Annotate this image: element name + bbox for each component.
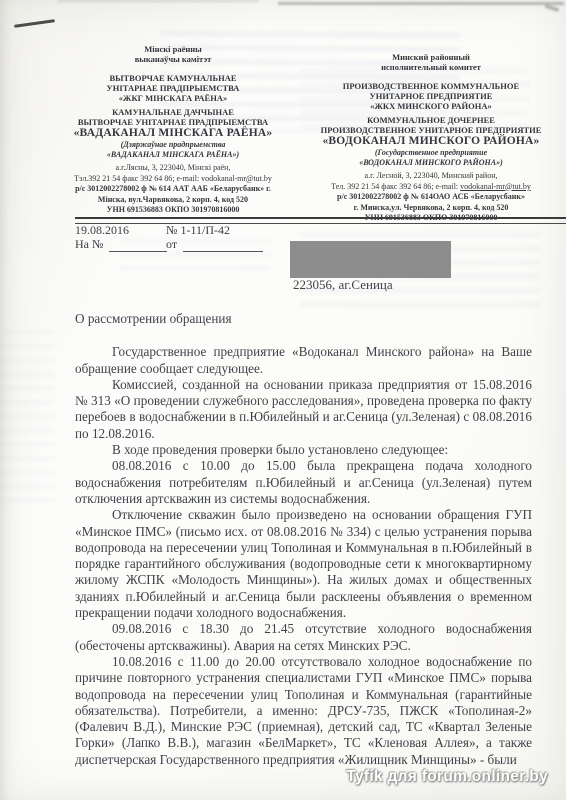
org-name: «ВОДОКАНАЛ МИНСКОГО РАЙОНА» [300,135,562,148]
scan-artifact [278,2,564,5]
scan-artifact [58,0,258,2]
letter-paragraph: 09.08.2016 с 18.30 до 21.45 отсутствие х… [75,621,532,654]
org-bank-details: р/с 3012002278002 ф № 614ОАО АСБ «Белару… [300,192,562,203]
ref-na-blank [109,240,167,252]
committee-name: Мінскі раённы [48,44,298,54]
committee-name: Минский районный [300,52,562,62]
org-contacts: Тел. 392 21 54 факс 392 64 86; e-mail: v… [300,182,562,193]
org-type: КАМУНАЛЬНАЕ ДАЧЧЫНАЕ [48,107,298,117]
parent-org-name: УНИТАРНОЕ ПРЕДПРИЯТИЕ [300,91,562,101]
letter-body: О рассмотрении обращения Государственное… [75,311,532,768]
parent-org-name: «ЖКХ МИНСКОГО РАЙОНА» [300,101,562,111]
doc-number: № 1-11/П-42 [166,223,230,238]
org-address: а.г. Лесной, 3, 223040, Минский район, [300,171,562,182]
parent-org-name: ПРОИЗВОДСТВЕННОЕ КОММУНАЛЬНОЕ [300,81,562,91]
org-type: ВЫТВОРЧАЕ УНІТАРНАЕ ПРАДПРЫЕМСТВА [48,117,298,127]
org-bank-details: Мінска, вул.Чарвякова, 2 корп. 4, код 52… [48,195,298,206]
letterhead-left: Мінскі раённы выканаўчы камітэт ВЫТВОРЧА… [48,44,298,216]
ref-na-line: На № [75,237,167,252]
org-alt-name: «ВОДОКАНАЛ МИНСКОГО РАЙОНА») [300,158,562,168]
letterhead-right: Минский районный исполнительный комитет … [300,52,562,224]
letter-paragraph: В ходе проведения проверки было установл… [75,442,532,458]
letter-paragraph: 08.08.2016 с 10.00 до 15.00 была прекращ… [75,458,532,507]
committee-name: выканаўчы камітэт [48,54,298,64]
letterhead-divider [75,217,566,224]
ref-ot-label: от [166,237,177,251]
org-bank-details: г. Минска,ул. Червякова, 2 корп. 4, код … [300,203,562,214]
org-address: а.г.Лясны, 3, 223040, Мінскі раён, [48,163,298,174]
org-contacts-text: Тел. 392 21 54 факс 392 64 86; e-mail: [331,182,460,191]
recipient-address: 223056, аг.Сеница [293,277,393,293]
org-bank-details: р/с 3012002278002 ф № 614 ААТ ААБ «Белар… [48,184,298,195]
org-contacts: Тэл.392 21 54 факс 392 64 86; e-mail: vo… [48,174,298,185]
document-page: Мінскі раённы выканаўчы камітэт ВЫТВОРЧА… [0,0,566,800]
letter-paragraph: Государственное предприятие «Водоканал М… [75,344,532,377]
org-alt-name: (Дзяржаўнае прадпрыемства [48,140,298,150]
parent-org-name: УНІТАРНАЕ ПРАДПРЫЕМСТВА [48,83,298,93]
letter-paragraph: Отключение скважин было произведено на о… [75,507,532,621]
org-alt-name: (Государственное предприятие [300,148,562,158]
letter-subject: О рассмотрении обращения [75,311,532,327]
parent-org-name: ВЫТВОРЧАЕ КАМУНАЛЬНАЕ [48,73,298,83]
pen-mark [14,19,55,28]
ref-ot-line: от [166,237,263,252]
letter-paragraph: Комиссией, созданной на основании приказ… [75,377,532,442]
org-type: КОММУНАЛЬНОЕ ДОЧЕРНЕЕ [300,115,562,125]
parent-org-name: «ЖКГ МІНСКАГА РАЁНА» [48,93,298,103]
org-type: ПРОИЗВОДСТВЕННОЕ УНИТАРНОЕ ПРЕДПРИЯТИЕ [300,125,562,135]
redaction-box [290,241,451,278]
scan-artifact [545,4,560,12]
committee-name: исполнительный комитет [300,62,562,72]
doc-date: 19.08.2016 [75,223,129,238]
org-alt-name: «ВАДАКАНАЛ МІНСКАГА РАЁНА») [48,150,298,160]
ref-na-label: На № [75,237,103,251]
watermark: Tyfik для forum.onliner.by [346,768,548,786]
org-name: «ВАДАКАНАЛ МІНСКАГА РАЁНА» [48,127,298,140]
bleed-through-artifact [0,330,55,510]
email-link: vodokanal-mr@tut.by [460,182,531,191]
letter-paragraph: 10.08.2016 с 11.00 до 20.00 отсутствовал… [75,654,532,768]
ref-ot-blank [183,240,263,252]
org-registration-numbers: УНН 691536883 ОКПО 301970816000 [48,205,298,216]
